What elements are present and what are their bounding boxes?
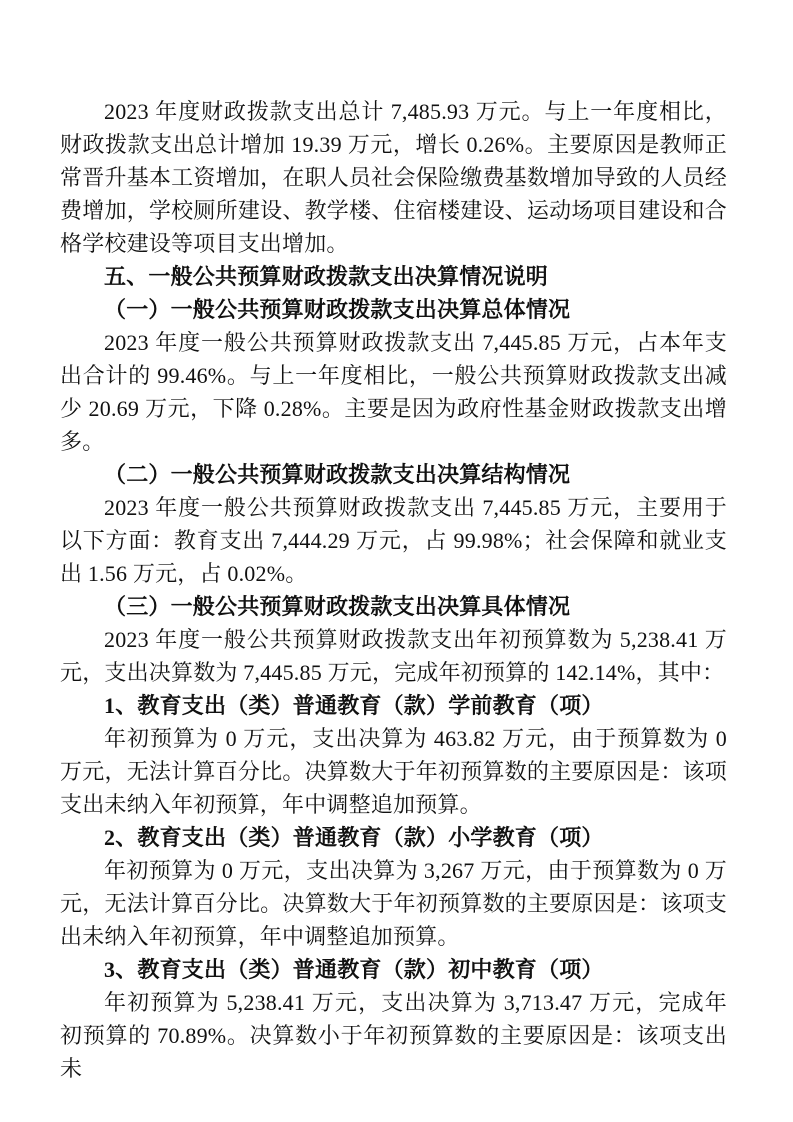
para-general-budget-overview: 2023 年度一般公共预算财政拨款支出 7,445.85 万元，占本年支出合计的…	[60, 326, 727, 458]
para-fiscal-appropriation-total: 2023 年度财政拨款支出总计 7,485.93 万元。与上一年度相比，财政拨款…	[60, 95, 727, 260]
heading-item-3-junior-education: 3、教育支出（类）普通教育（款）初中教育（项）	[60, 953, 727, 986]
para-item-2-primary-detail: 年初预算为 0 万元，支出决算为 3,267 万元，由于预算数为 0 万元，无法…	[60, 854, 727, 953]
document-body: 2023 年度财政拨款支出总计 7,485.93 万元。与上一年度相比，财政拨款…	[60, 95, 727, 1085]
para-item-3-junior-detail: 年初预算为 5,238.41 万元，支出决算为 3,713.47 万元，完成年初…	[60, 986, 727, 1085]
heading-section-5-3-specifics: （三）一般公共预算财政拨款支出决算具体情况	[60, 590, 727, 623]
heading-section-5: 五、一般公共预算财政拨款支出决算情况说明	[60, 260, 727, 293]
heading-section-5-1-overview: （一）一般公共预算财政拨款支出决算总体情况	[60, 293, 727, 326]
heading-section-5-2-structure: （二）一般公共预算财政拨款支出决算结构情况	[60, 458, 727, 491]
heading-item-2-primary-education: 2、教育支出（类）普通教育（款）小学教育（项）	[60, 821, 727, 854]
para-specifics-intro: 2023 年度一般公共预算财政拨款支出年初预算数为 5,238.41 万元，支出…	[60, 623, 727, 689]
para-item-1-preschool-detail: 年初预算为 0 万元，支出决算为 463.82 万元，由于预算数为 0 万元，无…	[60, 722, 727, 821]
para-expenditure-structure: 2023 年度一般公共预算财政拨款支出 7,445.85 万元，主要用于以下方面…	[60, 491, 727, 590]
heading-item-1-preschool-education: 1、教育支出（类）普通教育（款）学前教育（项）	[60, 689, 727, 722]
document-page: 2023 年度财政拨款支出总计 7,485.93 万元。与上一年度相比，财政拨款…	[0, 0, 793, 1122]
